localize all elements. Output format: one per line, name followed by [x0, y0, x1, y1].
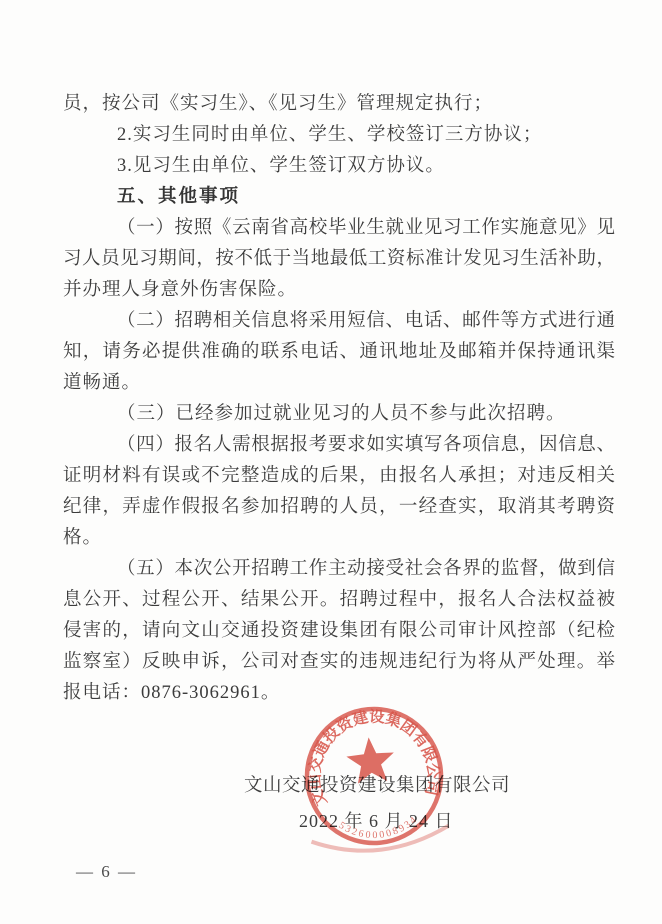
body-line: （五）本次公开招聘工作主动接受社会各界的监督，做到信 [63, 554, 615, 585]
body-line: 知，请务必提供准确的联系电话、通讯地址及邮箱并保持通讯渠 [63, 337, 615, 368]
body-line: 监察室）反映申诉，公司对查实的违规违纪行为将从严处理。举 [63, 647, 615, 678]
body-line: 道畅通。 [63, 368, 615, 399]
body-line: 证明材料有误或不完整造成的后果，由报名人承担；对违反相关 [63, 461, 615, 492]
section-heading: 五、其他事项 [63, 182, 615, 213]
page-number: — 6 — [76, 862, 137, 882]
body-line: 格。 [63, 523, 615, 554]
body-line: （二）招聘相关信息将采用短信、电话、邮件等方式进行通 [63, 306, 615, 337]
body-line: （三）已经参加过就业见习的人员不参与此次招聘。 [63, 399, 615, 430]
document-page: 员，按公司《实习生》、《见习生》管理规定执行； 2.实习生同时由单位、学生、学校… [0, 0, 662, 924]
body-line: 并办理人身意外伤害保险。 [63, 275, 615, 306]
body-line: （一）按照《云南省高校毕业生就业见习工作实施意见》见 [63, 213, 615, 244]
seal-star-icon [345, 735, 396, 784]
official-seal-stamp: 文山交通投资建设集团有限公司 532600008934 [288, 690, 460, 862]
body-line: 习人员见习期间，按不低于当地最低工资标准计发见习生活补助， [63, 244, 615, 275]
document-body: 员，按公司《实习生》、《见习生》管理规定执行； 2.实习生同时由单位、学生、学校… [63, 89, 615, 709]
body-line: （四）报名人需根据报考要求如实填写各项信息，因信息、 [63, 430, 615, 461]
body-line: 3.见习生由单位、学生签订双方协议。 [63, 151, 615, 182]
body-line: 侵害的，请向文山交通投资建设集团有限公司审计风控部（纪检 [63, 616, 615, 647]
body-line: 2.实习生同时由单位、学生、学校签订三方协议； [63, 120, 615, 151]
body-line: 息公开、过程公开、结果公开。招聘过程中，报名人合法权益被 [63, 585, 615, 616]
body-line: 员，按公司《实习生》、《见习生》管理规定执行； [63, 89, 615, 120]
body-line: 纪律，弄虚作假报名参加招聘的人员，一经查实，取消其考聘资 [63, 492, 615, 523]
